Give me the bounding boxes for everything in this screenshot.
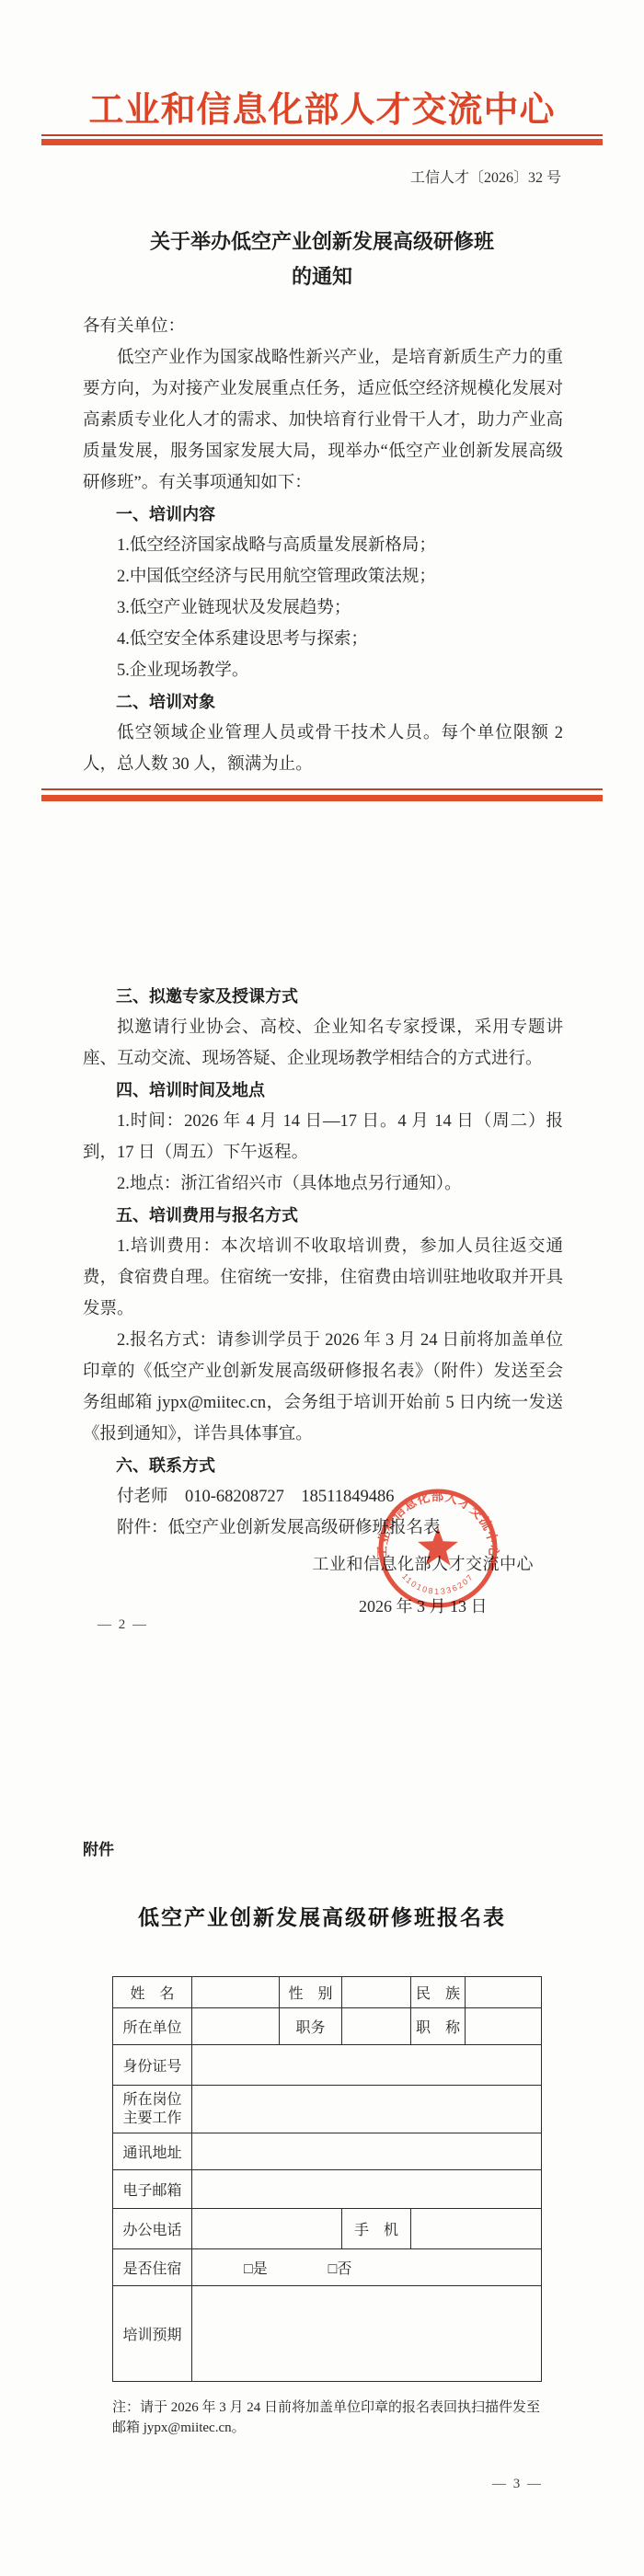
seal-star-icon — [418, 1527, 458, 1566]
registration-item: 2.报名方式：请参训学员于 2026 年 3 月 24 日前将加盖单位印章的《低… — [83, 1325, 563, 1450]
letterhead-rule-thick — [41, 139, 603, 145]
doc-title-line1: 关于举办低空产业创新发展高级研修班 — [0, 224, 644, 259]
form-label-lodging: 是否住宿 — [113, 2249, 192, 2286]
training-content-item-1: 1.低空经济国家战略与高质量发展新格局； — [83, 530, 563, 561]
form-input-mobile — [411, 2209, 542, 2249]
form-input-post-duties — [192, 2086, 542, 2133]
footer-rule-thick — [41, 795, 603, 801]
table-row: 是否住宿 □是 □否 — [113, 2249, 542, 2286]
fee-item: 1.培训费用：本次培训不收取培训费，参加人员往返交通费，食宿费自理。住宿统一安排… — [83, 1231, 563, 1325]
lodging-yes-checkbox: □是 — [244, 2257, 268, 2278]
time-item: 1.时间：2026 年 4 月 14 日—17 日。4 月 14 日（周二）报到… — [83, 1106, 563, 1168]
doc-title: 关于举办低空产业创新发展高级研修班 的通知 — [0, 224, 644, 294]
table-row: 所在岗位 主要工作 — [113, 2086, 542, 2133]
letterhead-rule-thin — [41, 134, 603, 136]
form-input-expectation — [192, 2286, 542, 2382]
form-input-address — [192, 2133, 542, 2170]
experts-paragraph: 拟邀请行业协会、高校、企业知名专家授课，采用专题讲座、互动交流、现场答疑、企业现… — [83, 1012, 563, 1075]
form-input-office-phone — [192, 2209, 342, 2249]
place-item: 2.地点：浙江省绍兴市（具体地点另行通知）。 — [83, 1168, 563, 1200]
table-row: 通讯地址 — [113, 2133, 542, 2170]
table-row: 办公电话 手 机 — [113, 2209, 542, 2249]
form-input-id-number — [192, 2045, 542, 2086]
form-label-title: 职 称 — [411, 2008, 466, 2045]
section-3-heading: 三、拟邀专家及授课方式 — [83, 981, 563, 1012]
section-5-heading: 五、培训费用与报名方式 — [83, 1200, 563, 1231]
intro-paragraph: 低空产业作为国家战略性新兴产业，是培育新质生产力的重要方向，为对接产业发展重点任… — [83, 342, 563, 499]
table-row: 培训预期 — [113, 2286, 542, 2382]
training-content-item-2: 2.中国低空经济与民用航空管理政策法规； — [83, 561, 563, 592]
form-label-position: 职务 — [280, 2008, 342, 2045]
doc-title-line2: 的通知 — [0, 259, 644, 294]
trainee-paragraph: 低空领域企业管理人员或骨干技术人员。每个单位限额 2 人，总人数 30 人，额满… — [83, 718, 563, 780]
form-note-line2: 邮箱 jypx@miitec.cn。 — [112, 2418, 572, 2438]
form-input-name — [192, 1977, 280, 2008]
form-label-post-duties: 所在岗位 主要工作 — [113, 2086, 192, 2133]
salutation: 各有关单位： — [83, 311, 563, 342]
notice-body-page2: 三、拟邀专家及授课方式 拟邀请行业协会、高校、企业知名专家授课，采用专题讲座、互… — [83, 981, 563, 1544]
page-number-3: — 3 — — [492, 2477, 543, 2492]
form-note-line1: 注：请于 2026 年 3 月 24 日前将加盖单位印章的报名表回执扫描件发至 — [112, 2398, 572, 2418]
form-lodging-options: □是 □否 — [192, 2249, 542, 2286]
document-page: 工业和信息化部人才交流中心 工信人才〔2026〕32 号 关于举办低空产业创新发… — [0, 0, 644, 2576]
table-row: 电子邮箱 — [113, 2170, 542, 2209]
section-1-heading: 一、培训内容 — [83, 499, 563, 530]
form-title: 低空产业创新发展高级研修班报名表 — [0, 1901, 644, 1931]
doc-number: 工信人才〔2026〕32 号 — [83, 166, 561, 187]
form-label-unit: 所在单位 — [113, 2008, 192, 2045]
official-seal-icon: 工业和信息化部人才交流中心 1101081336207 — [375, 1485, 500, 1612]
form-note: 注：请于 2026 年 3 月 24 日前将加盖单位印章的报名表回执扫描件发至 … — [112, 2398, 572, 2438]
training-content-item-3: 3.低空产业链现状及发展趋势； — [83, 592, 563, 624]
table-row: 所在单位 职务 职 称 — [113, 2008, 542, 2045]
form-label-name: 姓 名 — [113, 1977, 192, 2008]
attachment-label: 附件 — [83, 1836, 114, 1859]
form-label-gender: 性 别 — [280, 1977, 342, 2008]
registration-form-table: 姓 名 性 别 民 族 所在单位 职务 职 称 身份证号 所在岗位 主要工作 — [112, 1976, 542, 2382]
training-content-item-5: 5.企业现场教学。 — [83, 655, 563, 686]
footer-rule-thin — [41, 788, 603, 790]
section-2-heading: 二、培训对象 — [83, 686, 563, 718]
letterhead-org-name: 工业和信息化部人才交流中心 — [0, 81, 644, 132]
form-input-title — [466, 2008, 542, 2045]
table-row: 姓 名 性 别 民 族 — [113, 1977, 542, 2008]
form-input-gender — [342, 1977, 411, 2008]
form-label-address: 通讯地址 — [113, 2133, 192, 2170]
form-label-office-phone: 办公电话 — [113, 2209, 192, 2249]
form-label-ethnicity: 民 族 — [411, 1977, 466, 2008]
form-label-mobile: 手 机 — [342, 2209, 411, 2249]
form-label-email: 电子邮箱 — [113, 2170, 192, 2209]
training-content-item-4: 4.低空安全体系建设思考与探索； — [83, 624, 563, 655]
form-input-email — [192, 2170, 542, 2209]
section-6-heading: 六、联系方式 — [83, 1450, 563, 1481]
page-number-2: — 2 — — [98, 1617, 148, 1633]
lodging-no-checkbox: □否 — [328, 2257, 352, 2278]
form-input-ethnicity — [466, 1977, 542, 2008]
notice-body-page1: 各有关单位： 低空产业作为国家战略性新兴产业，是培育新质生产力的重要方向，为对接… — [83, 311, 563, 780]
form-input-position — [342, 2008, 411, 2045]
svg-text:1101081336207: 1101081336207 — [400, 1571, 476, 1596]
section-4-heading: 四、培训时间及地点 — [83, 1075, 563, 1106]
form-label-expectation: 培训预期 — [113, 2286, 192, 2382]
form-input-unit — [192, 2008, 280, 2045]
form-label-id-number: 身份证号 — [113, 2045, 192, 2086]
table-row: 身份证号 — [113, 2045, 542, 2086]
